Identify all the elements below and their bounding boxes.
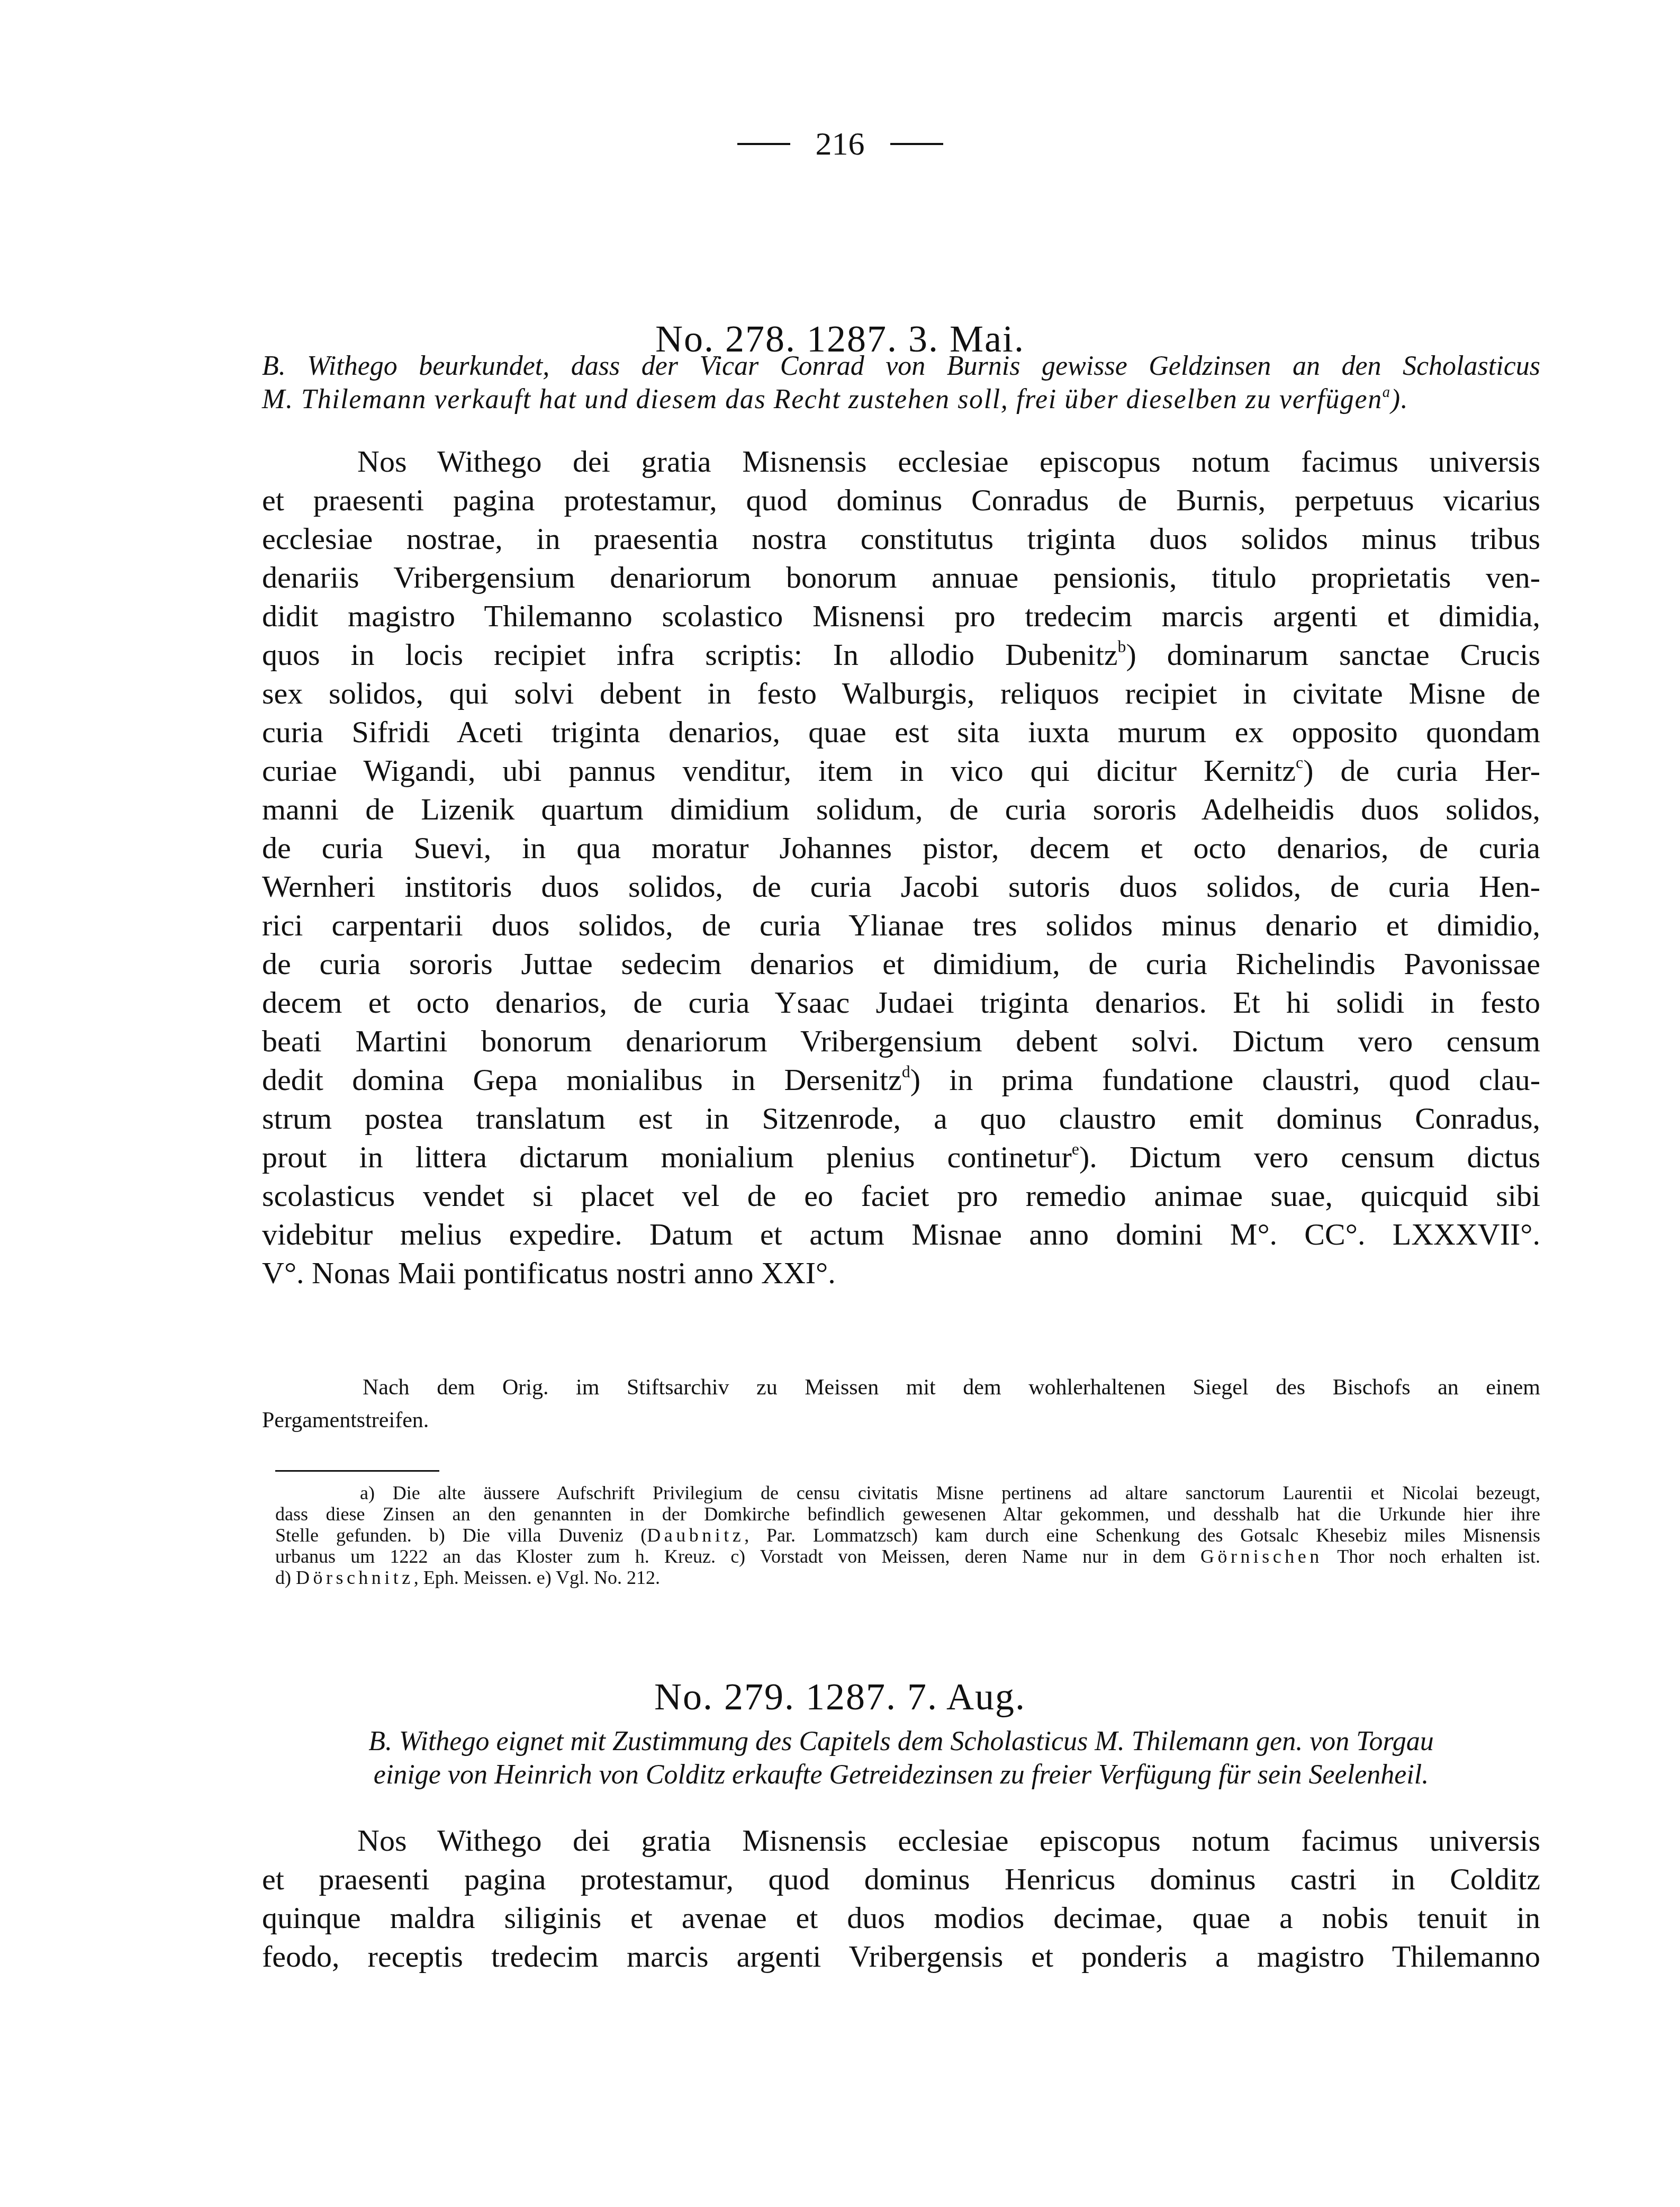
body-line: didit magistro Thilemanno scolastico Mis… <box>262 597 1540 635</box>
page-number-header: 216 <box>0 123 1680 165</box>
source-note-278: Nach dem Orig. im Stiftsarchiv zu Meisse… <box>262 1371 1540 1437</box>
decorative-rule-left <box>737 143 790 145</box>
footnote-marker-a[interactable]: a <box>1383 384 1391 401</box>
document-body-278: Nos Withego dei gratia Misnensis ecclesi… <box>262 442 1540 1292</box>
footnote-line: dass diese Zinsen an den genannten in de… <box>275 1503 1540 1525</box>
footnote-place-name: Dörschnitz <box>296 1567 414 1588</box>
body-line: beati Martini bonorum denariorum Vriberg… <box>262 1022 1540 1060</box>
body-line: ecclesiae nostrae, in praesentia nostra … <box>262 519 1540 558</box>
document-summary-279: B. Withego eignet mit Zustimmung des Cap… <box>262 1725 1540 1791</box>
footnote-marker-d[interactable]: d <box>902 1062 910 1081</box>
decorative-rule-right <box>890 143 943 145</box>
body-line: strum postea translatum est in Sitzenrod… <box>262 1099 1540 1138</box>
body-line: Nos Withego dei gratia Misnensis ecclesi… <box>262 442 1540 481</box>
summary-line: einige von Heinrich von Colditz erkaufte… <box>262 1758 1540 1791</box>
document-heading-279: No. 279. 1287. 7. Aug. <box>0 1673 1680 1720</box>
body-text: ) dominarum sanctae Crucis <box>1126 637 1540 672</box>
footnote-marker-e[interactable]: e <box>1072 1140 1079 1158</box>
document-summary-278: B. Withego beurkundet, dass der Vicar Co… <box>262 349 1540 416</box>
body-text: quos in locis recipiet infra scriptis: I… <box>262 637 1118 672</box>
footnote-place-name: Görnischen <box>1200 1546 1323 1567</box>
body-text: ) de curia Her- <box>1303 753 1540 788</box>
body-line: feodo, receptis tredecim marcis argenti … <box>262 1937 1540 1976</box>
body-line: prout in littera dictarum monialium plen… <box>262 1138 1540 1176</box>
body-text: ) in prima fundatione claustri, quod cla… <box>910 1062 1540 1097</box>
footnote-text: Thor noch erhalten ist. <box>1323 1546 1540 1567</box>
footnote-marker-b[interactable]: b <box>1118 637 1126 656</box>
body-line: videbitur melius expedire. Datum et actu… <box>262 1215 1540 1254</box>
body-line: rici carpentarii duos solidos, de curia … <box>262 906 1540 944</box>
footnote-line: Stelle gefunden. b) Die villa Duveniz (D… <box>275 1525 1540 1546</box>
footnote-line: a) Die alte äussere Aufschrift Privilegi… <box>275 1482 1540 1503</box>
body-line: Wernheri institoris duos solidos, de cur… <box>262 867 1540 906</box>
summary-end: ). <box>1391 384 1409 415</box>
page-number: 216 <box>816 123 865 165</box>
body-line: et praesenti pagina protestamur, quod do… <box>262 481 1540 519</box>
summary-text: M. Thilemann verkauft hat und diesem das… <box>262 384 1383 415</box>
footnote-line: d) Dörschnitz, Eph. Meissen. e) Vgl. No.… <box>275 1567 1540 1588</box>
footnote-divider <box>275 1470 439 1472</box>
source-note-line: Pergamentstreifen. <box>262 1404 1540 1437</box>
body-text: dedit domina Gepa monialibus in Dersenit… <box>262 1062 902 1097</box>
footnotes-278: a) Die alte äussere Aufschrift Privilegi… <box>275 1482 1540 1588</box>
body-line: decem et octo denarios, de curia Ysaac J… <box>262 983 1540 1022</box>
body-line: et praesenti pagina protestamur, quod do… <box>262 1860 1540 1898</box>
footnote-line: urbanus um 1222 an das Kloster zum h. Kr… <box>275 1546 1540 1567</box>
summary-line: B. Withego eignet mit Zustimmung des Cap… <box>262 1725 1540 1758</box>
body-line: quinque maldra siliginis et avenae et du… <box>262 1898 1540 1937</box>
document-body-279: Nos Withego dei gratia Misnensis ecclesi… <box>262 1821 1540 1976</box>
body-line: V°. Nonas Maii pontificatus nostri anno … <box>262 1254 1540 1292</box>
source-note-line: Nach dem Orig. im Stiftsarchiv zu Meisse… <box>262 1371 1540 1404</box>
body-line: quos in locis recipiet infra scriptis: I… <box>262 635 1540 674</box>
body-line: de curia sororis Juttae sedecim denarios… <box>262 944 1540 983</box>
summary-line: B. Withego beurkundet, dass der Vicar Co… <box>262 349 1540 383</box>
footnote-text: , Par. Lommatzsch) kam durch eine Schenk… <box>744 1525 1540 1546</box>
summary-line: M. Thilemann verkauft hat und diesem das… <box>262 383 1540 416</box>
body-line: de curia Suevi, in qua moratur Johannes … <box>262 828 1540 867</box>
body-line: curiae Wigandi, ubi pannus venditur, ite… <box>262 751 1540 790</box>
body-text: prout in littera dictarum monialium plen… <box>262 1140 1072 1174</box>
footnote-place-name: Daubnitz <box>647 1525 744 1546</box>
body-line: dedit domina Gepa monialibus in Dersenit… <box>262 1060 1540 1099</box>
body-line: curia Sifridi Aceti triginta denarios, q… <box>262 713 1540 751</box>
body-line: Nos Withego dei gratia Misnensis ecclesi… <box>262 1821 1540 1860</box>
footnote-marker-c[interactable]: c <box>1296 753 1303 772</box>
footnote-text: urbanus um 1222 an das Kloster zum h. Kr… <box>275 1546 1200 1567</box>
body-line: denariis Vribergensium denariorum bonoru… <box>262 558 1540 597</box>
footnote-text: , Eph. Meissen. e) Vgl. No. 212. <box>414 1567 660 1588</box>
body-line: scolasticus vendet si placet vel de eo f… <box>262 1176 1540 1215</box>
body-line: manni de Lizenik quartum dimidium solidu… <box>262 790 1540 828</box>
body-text: ). Dictum vero censum dictus <box>1079 1140 1540 1174</box>
body-text: curiae Wigandi, ubi pannus venditur, ite… <box>262 753 1296 788</box>
body-line: sex solidos, qui solvi debent in festo W… <box>262 674 1540 713</box>
footnote-text: d) <box>275 1567 296 1588</box>
footnote-text: Stelle gefunden. b) Die villa Duveniz ( <box>275 1525 647 1546</box>
